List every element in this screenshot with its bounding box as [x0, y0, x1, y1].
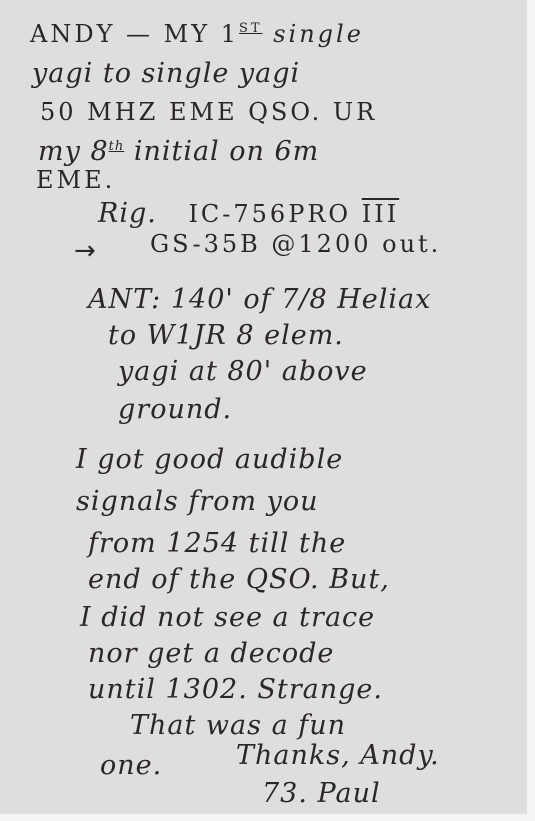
closing-one: one.: [100, 752, 162, 779]
body-line-5: I did not see a trace: [80, 604, 375, 631]
line4-text: my 8: [38, 136, 109, 167]
antenna-line-1: ANT: 140' of 7/8 Heliax: [88, 286, 431, 313]
closing-thanks: Thanks, Andy.: [236, 742, 440, 769]
rig-model: IC-756PRO: [188, 200, 361, 228]
antenna-line-3: yagi at 80' above: [118, 358, 368, 385]
arrow-icon: →: [74, 236, 96, 266]
body-line-7: until 1302. Strange.: [88, 676, 383, 703]
body-line-1: I got good audible: [76, 446, 343, 473]
note-line-3: 50 MHZ EME QSO. UR: [40, 100, 377, 124]
rig-label: Rig.: [98, 198, 157, 229]
note-line-1: ANDY — MY 1ST single: [30, 22, 364, 46]
body-line-3: from 1254 till the: [88, 530, 346, 557]
antenna-line-2: to W1JR 8 elem.: [108, 322, 344, 349]
scanned-note-page: ANDY — MY 1ST single yagi to single yagi…: [0, 0, 535, 821]
signoff: 73. Paul: [262, 780, 381, 807]
line4-text-cont: initial on 6m: [124, 136, 319, 167]
rig-model-suffix: III: [362, 200, 399, 228]
ordinal-superscript: ST: [239, 21, 263, 36]
rig-line: Rig. IC-756PRO III: [98, 200, 399, 227]
body-line-2: signals from you: [76, 488, 319, 515]
note-line-4: my 8th initial on 6m: [38, 138, 319, 165]
note-line-2: yagi to single yagi: [32, 60, 300, 87]
greeting-text-cont: single: [263, 20, 364, 48]
body-line-4: end of the QSO. But,: [88, 566, 390, 593]
note-line-5: EME.: [36, 168, 115, 192]
greeting-text: ANDY — MY 1: [30, 20, 239, 48]
note-card: ANDY — MY 1ST single yagi to single yagi…: [0, 0, 527, 814]
antenna-line-4: ground.: [118, 396, 232, 423]
closing-line-1: That was a fun: [130, 712, 346, 739]
ordinal-superscript: th: [109, 139, 125, 154]
amplifier-line: GS-35B @1200 out.: [150, 232, 441, 256]
body-line-6: nor get a decode: [88, 640, 334, 667]
